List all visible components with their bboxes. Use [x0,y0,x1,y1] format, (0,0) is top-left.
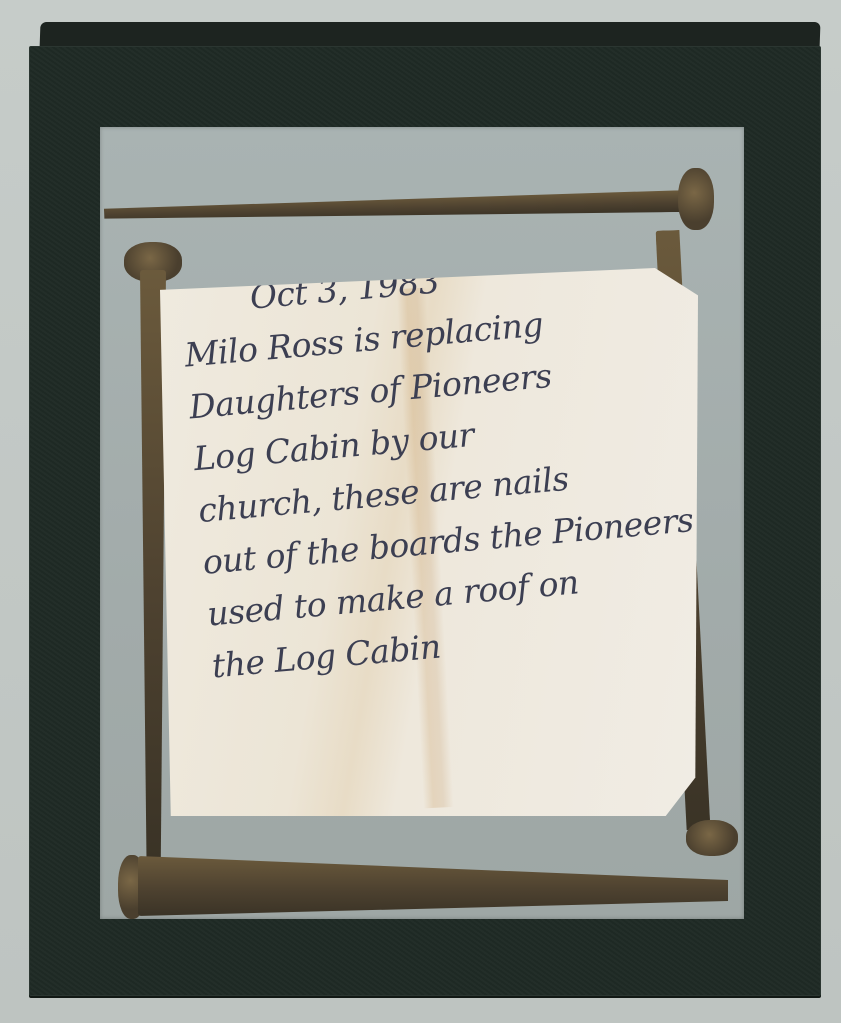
handwritten-note: Oct 3, 1983 Milo Ross is replacing Daugh… [160,268,698,816]
note-text: Oct 3, 1983 Milo Ross is replacing Daugh… [178,234,722,693]
nail-right-head [686,820,738,856]
nail-top-head [678,168,714,230]
